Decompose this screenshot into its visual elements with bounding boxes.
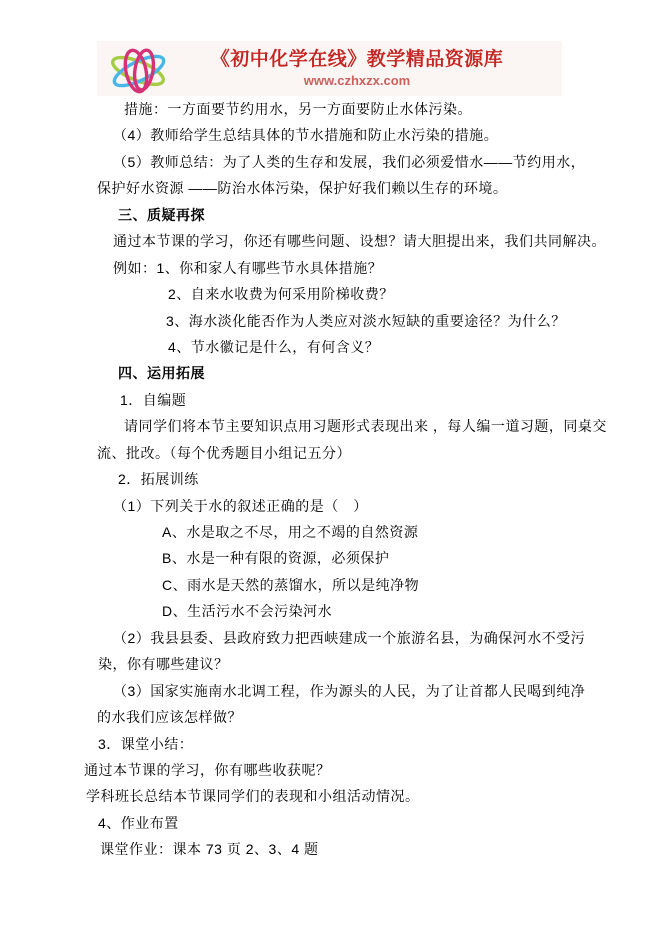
site-title: 《初中化学在线》教学精品资源库 (157, 48, 557, 72)
document-line: 课堂作业：课本 73 页 2、3、4 题 (84, 836, 639, 862)
document-line: （1）下列关于水的叙述正确的是（ ） (84, 493, 639, 519)
document-line: 染，你有哪些建议？ (84, 651, 639, 677)
document-line: 学科班长总结本节课同学们的表现和小组活动情况。 (84, 783, 639, 809)
document-line: 三、质疑再探 (84, 202, 639, 228)
document-line: A、水是取之不尽，用之不竭的自然资源 (84, 519, 639, 545)
document-line: 4、节水徽记是什么，有何含义？ (84, 334, 639, 360)
document-line: 2、自来水收费为何采用阶梯收费？ (84, 281, 639, 307)
document-line: 通过本节课的学习，你还有哪些问题、设想？请大胆提出来，我们共同解决。 (84, 228, 639, 254)
document-line: 1．自编题 (84, 387, 639, 413)
document-line: D、生活污水不会污染河水 (84, 598, 639, 624)
document-line: 流、批改。（每个优秀题目小组记五分） (84, 440, 639, 466)
document-body: 措施：一方面要节约用水，另一方面要防止水体污染。（4）教师给学生总结具体的节水措… (84, 96, 639, 863)
document-line: C、雨水是天然的蒸馏水，所以是纯净物 (84, 572, 639, 598)
banner-text: 《初中化学在线》教学精品资源库 www.czhxzx.com (157, 48, 557, 89)
document-line: B、水是一种有限的资源，必须保护 (84, 545, 639, 571)
document-line: （3）国家实施南水北调工程，作为源头的人民，为了让首都人民喝到纯净 (84, 678, 639, 704)
document-line: 4、作业布置 (84, 810, 639, 836)
site-url: www.czhxzx.com (157, 73, 557, 89)
document-line: 请同学们将本节主要知识点用习题形式表现出来 ，每人编一道习题，同桌交 (84, 413, 639, 439)
document-line: 保护好水资源 ――防治水体污染，保护好我们赖以生存的环境。 (84, 175, 639, 201)
document-line: 3．课堂小结： (84, 731, 639, 757)
header-banner: 《初中化学在线》教学精品资源库 www.czhxzx.com (97, 41, 562, 96)
document-line: 通过本节课的学习，你有哪些收获呢？ (84, 757, 639, 783)
document-line: （5）教师总结：为了人类的生存和发展，我们必须爱惜水――节约用水， (84, 149, 639, 175)
document-line: 2．拓展训练 (84, 466, 639, 492)
document-line: 的水我们应该怎样做？ (84, 704, 639, 730)
document-line: 四、运用拓展 (84, 360, 639, 386)
page: 《初中化学在线》教学精品资源库 www.czhxzx.com 措施：一方面要节约… (0, 0, 661, 935)
document-line: 例如：1、你和家人有哪些节水具体措施？ (84, 255, 639, 281)
document-line: 措施：一方面要节约用水，另一方面要防止水体污染。 (84, 96, 639, 122)
document-line: 3、海水淡化能否作为人类应对淡水短缺的重要途径？为什么？ (84, 308, 639, 334)
document-line: （2）我县县委、县政府致力把西峡建成一个旅游名县，为确保河水不受污 (84, 625, 639, 651)
document-line: （4）教师给学生总结具体的节水措施和防止水污染的措施。 (84, 122, 639, 148)
